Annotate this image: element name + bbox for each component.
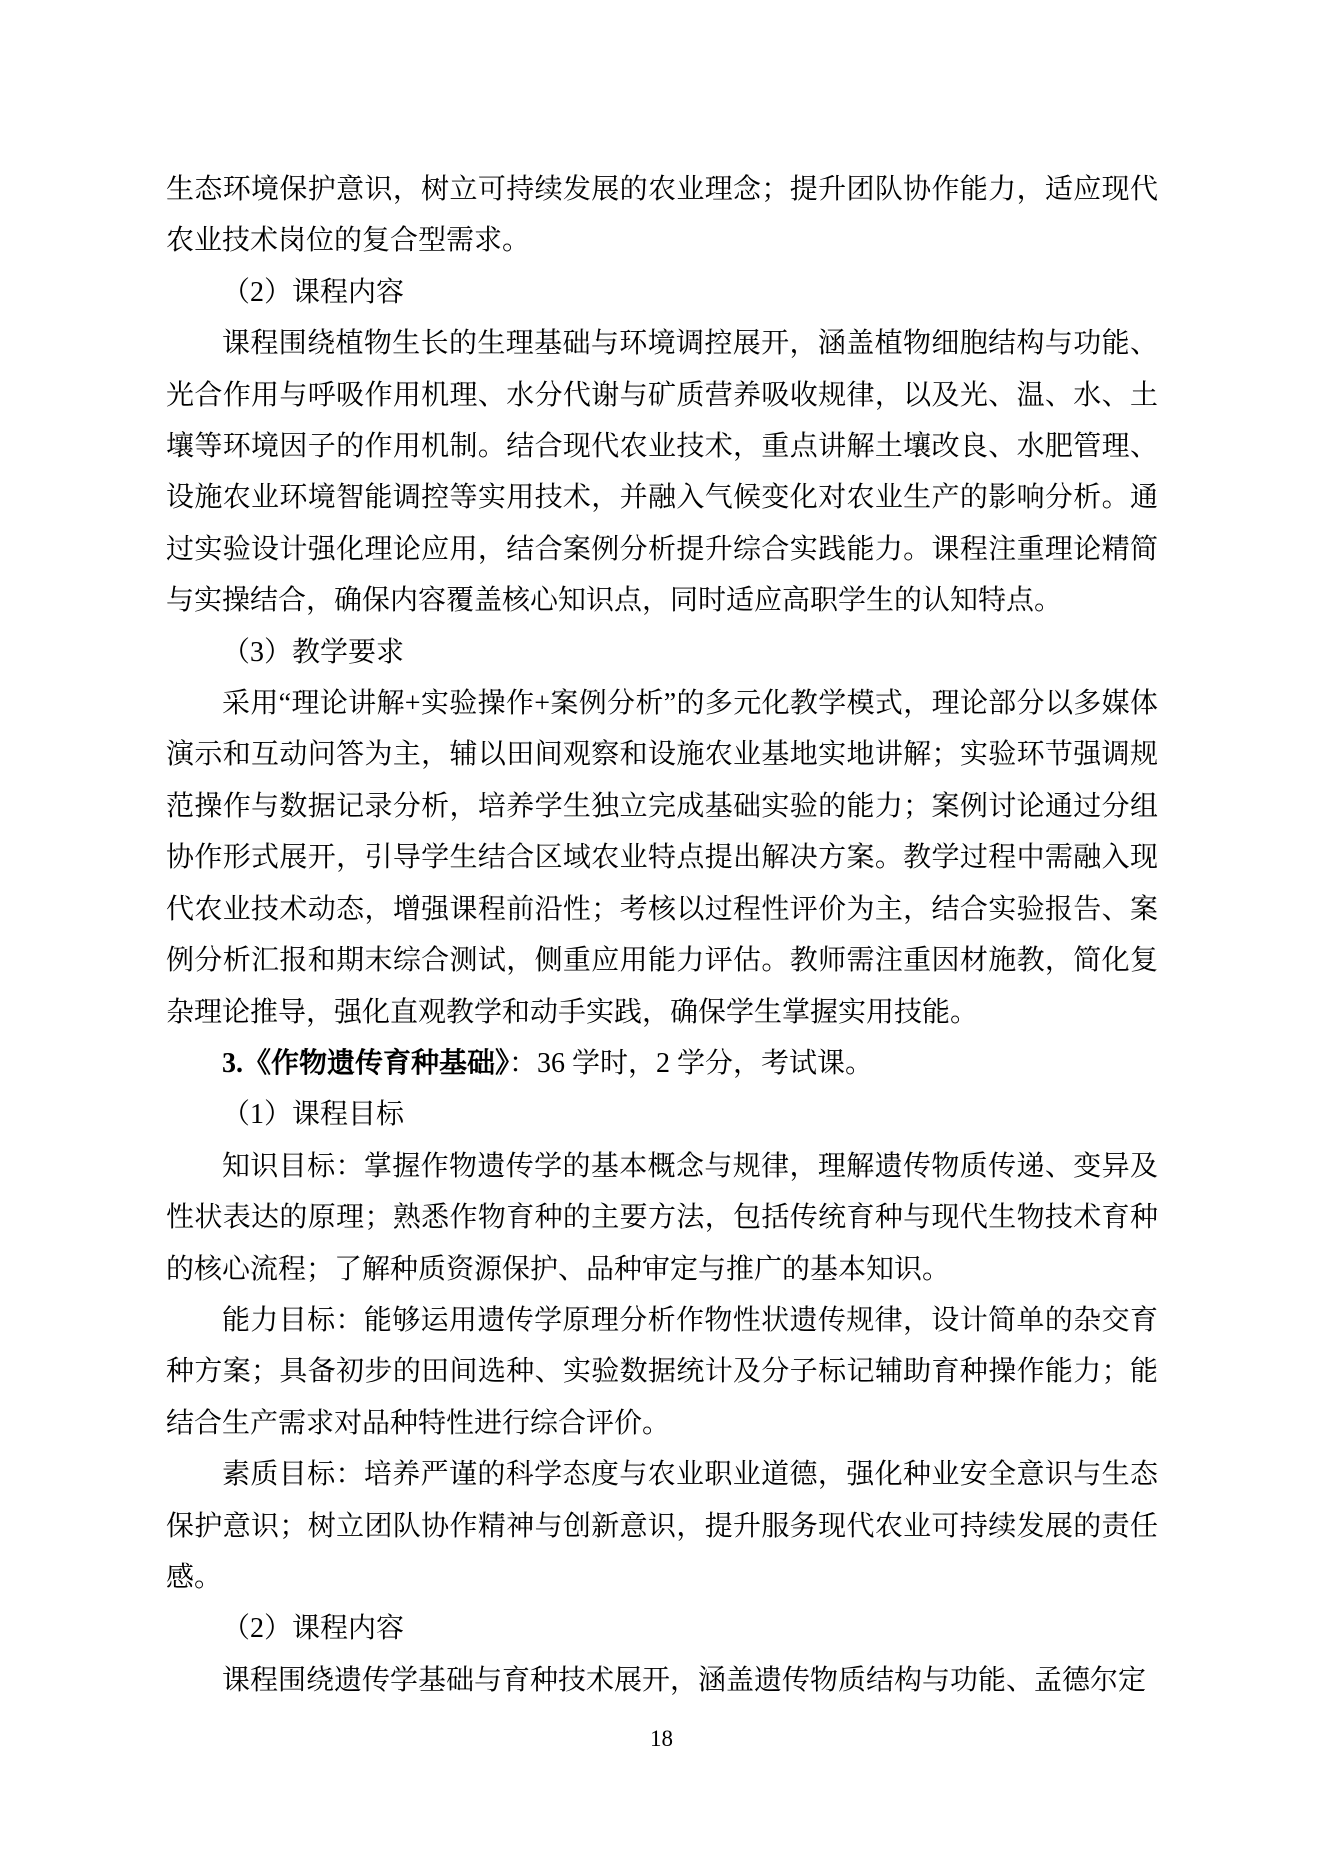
heading-course3-content: （2）课程内容 bbox=[166, 1603, 1158, 1654]
paragraph-course3-ability-goal: 能力目标：能够运用遗传学原理分析作物性状遗传规律，设计简单的杂交育种方案；具备初… bbox=[166, 1295, 1158, 1449]
heading-course2-teaching-requirements: （3）教学要求 bbox=[166, 627, 1158, 678]
heading-course3-objectives: （1）课程目标 bbox=[166, 1089, 1158, 1140]
paragraph-course3-quality-goal: 素质目标：培养严谨的科学态度与农业职业道德，强化种业安全意识与生态保护意识；树立… bbox=[166, 1449, 1158, 1603]
course3-title-rest: ：36 学时，2 学分，考试课。 bbox=[509, 1048, 873, 1079]
course3-title-bold: 3.《作物遗传育种基础》 bbox=[222, 1048, 509, 1079]
heading-course2-content: （2）课程内容 bbox=[166, 267, 1158, 318]
document-text-block: 生态环境保护意识，树立可持续发展的农业理念；提升团队协作能力，适应现代农业技术岗… bbox=[166, 164, 1158, 1706]
paragraph-course3-content: 课程围绕遗传学基础与育种技术展开，涵盖遗传物质结构与功能、孟德尔定 bbox=[166, 1655, 1158, 1706]
paragraph-course2-content: 课程围绕植物生长的生理基础与环境调控展开，涵盖植物细胞结构与功能、光合作用与呼吸… bbox=[166, 318, 1158, 626]
paragraph-course2-teaching-requirements: 采用“理论讲解+实验操作+案例分析”的多元化教学模式，理论部分以多媒体演示和互动… bbox=[166, 678, 1158, 1038]
page-number: 18 bbox=[0, 1724, 1323, 1754]
course3-title-line: 3.《作物遗传育种基础》：36 学时，2 学分，考试课。 bbox=[166, 1038, 1158, 1089]
paragraph-course3-knowledge-goal: 知识目标：掌握作物遗传学的基本概念与规律，理解遗传物质传递、变异及性状表达的原理… bbox=[166, 1141, 1158, 1295]
document-page: 生态环境保护意识，树立可持续发展的农业理念；提升团队协作能力，适应现代农业技术岗… bbox=[0, 0, 1323, 1871]
paragraph-continuation-sushi-goal: 生态环境保护意识，树立可持续发展的农业理念；提升团队协作能力，适应现代农业技术岗… bbox=[166, 164, 1158, 267]
